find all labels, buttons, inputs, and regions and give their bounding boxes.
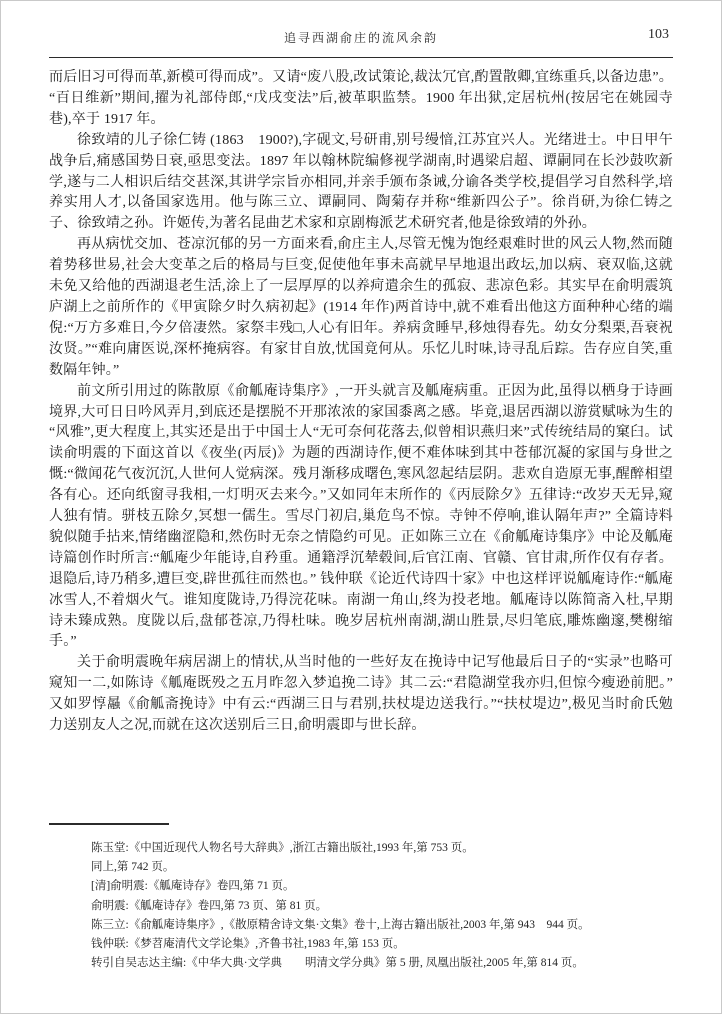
header-rule xyxy=(49,57,673,58)
body-text: 而后旧习可得而革,新模可得而成”。又请“废八股,改试策论,裁汰冗官,酌置散卿,宜… xyxy=(49,68,673,737)
paragraph-continuation: 而后旧习可得而革,新模可得而成”。又请“废八股,改试策论,裁汰冗官,酌置散卿,宜… xyxy=(49,68,673,131)
paragraph: 关于俞明震晚年病居湖上的情状,从当时他的一些好友在挽诗中记写他最后日子的“实录”… xyxy=(49,653,673,737)
page-number: 103 xyxy=(648,27,669,43)
paragraph: 前文所引用过的陈散原《俞觚庵诗集序》,一开头就言及觚庵病重。正因为此,虽得以栖身… xyxy=(49,382,673,654)
paragraph: 再从病忧交加、苍凉沉郁的另一方面来看,俞庄主人,尽管无愧为饱经艰难时世的风云人物… xyxy=(49,235,673,381)
footnote: 俞明震:《觚庵诗存》卷四,第 73 页、第 81 页。 xyxy=(91,897,673,916)
paragraph: 徐致靖的儿子徐仁铸 (1863 1900?),字砚文,号研甫,别号缦愔,江苏宜兴… xyxy=(49,131,673,236)
footnote: 转引自吴志达主编:《中华大典·文学典 明清文学分典》第 5 册, 凤凰出版社,2… xyxy=(91,954,673,973)
footnote: 陈三立:《俞觚庵诗集序》,《散原精舍诗文集·文集》卷十,上海古籍出版社,2003… xyxy=(91,916,673,935)
running-head-title: 追寻西湖俞庄的流风余韵 xyxy=(49,29,673,46)
scanned-book-page: 追寻西湖俞庄的流风余韵 103 而后旧习可得而革,新模可得而成”。又请“废八股,… xyxy=(0,0,722,1014)
footnote-divider xyxy=(49,823,169,825)
footnote: 陈玉堂:《中国近现代人物名号大辞典》,浙江古籍出版社,1993 年,第 753 … xyxy=(91,839,673,858)
page-header: 追寻西湖俞庄的流风余韵 103 xyxy=(49,29,673,53)
footnote: [清]俞明震:《觚庵诗存》卷四,第 71 页。 xyxy=(91,877,673,896)
footnote: 同上,第 742 页。 xyxy=(91,858,673,877)
footnote: 钱仲联:《梦苕庵清代文学论集》,齐鲁书社,1983 年,第 153 页。 xyxy=(91,935,673,954)
footnote-block: 陈玉堂:《中国近现代人物名号大辞典》,浙江古籍出版社,1993 年,第 753 … xyxy=(49,823,673,973)
